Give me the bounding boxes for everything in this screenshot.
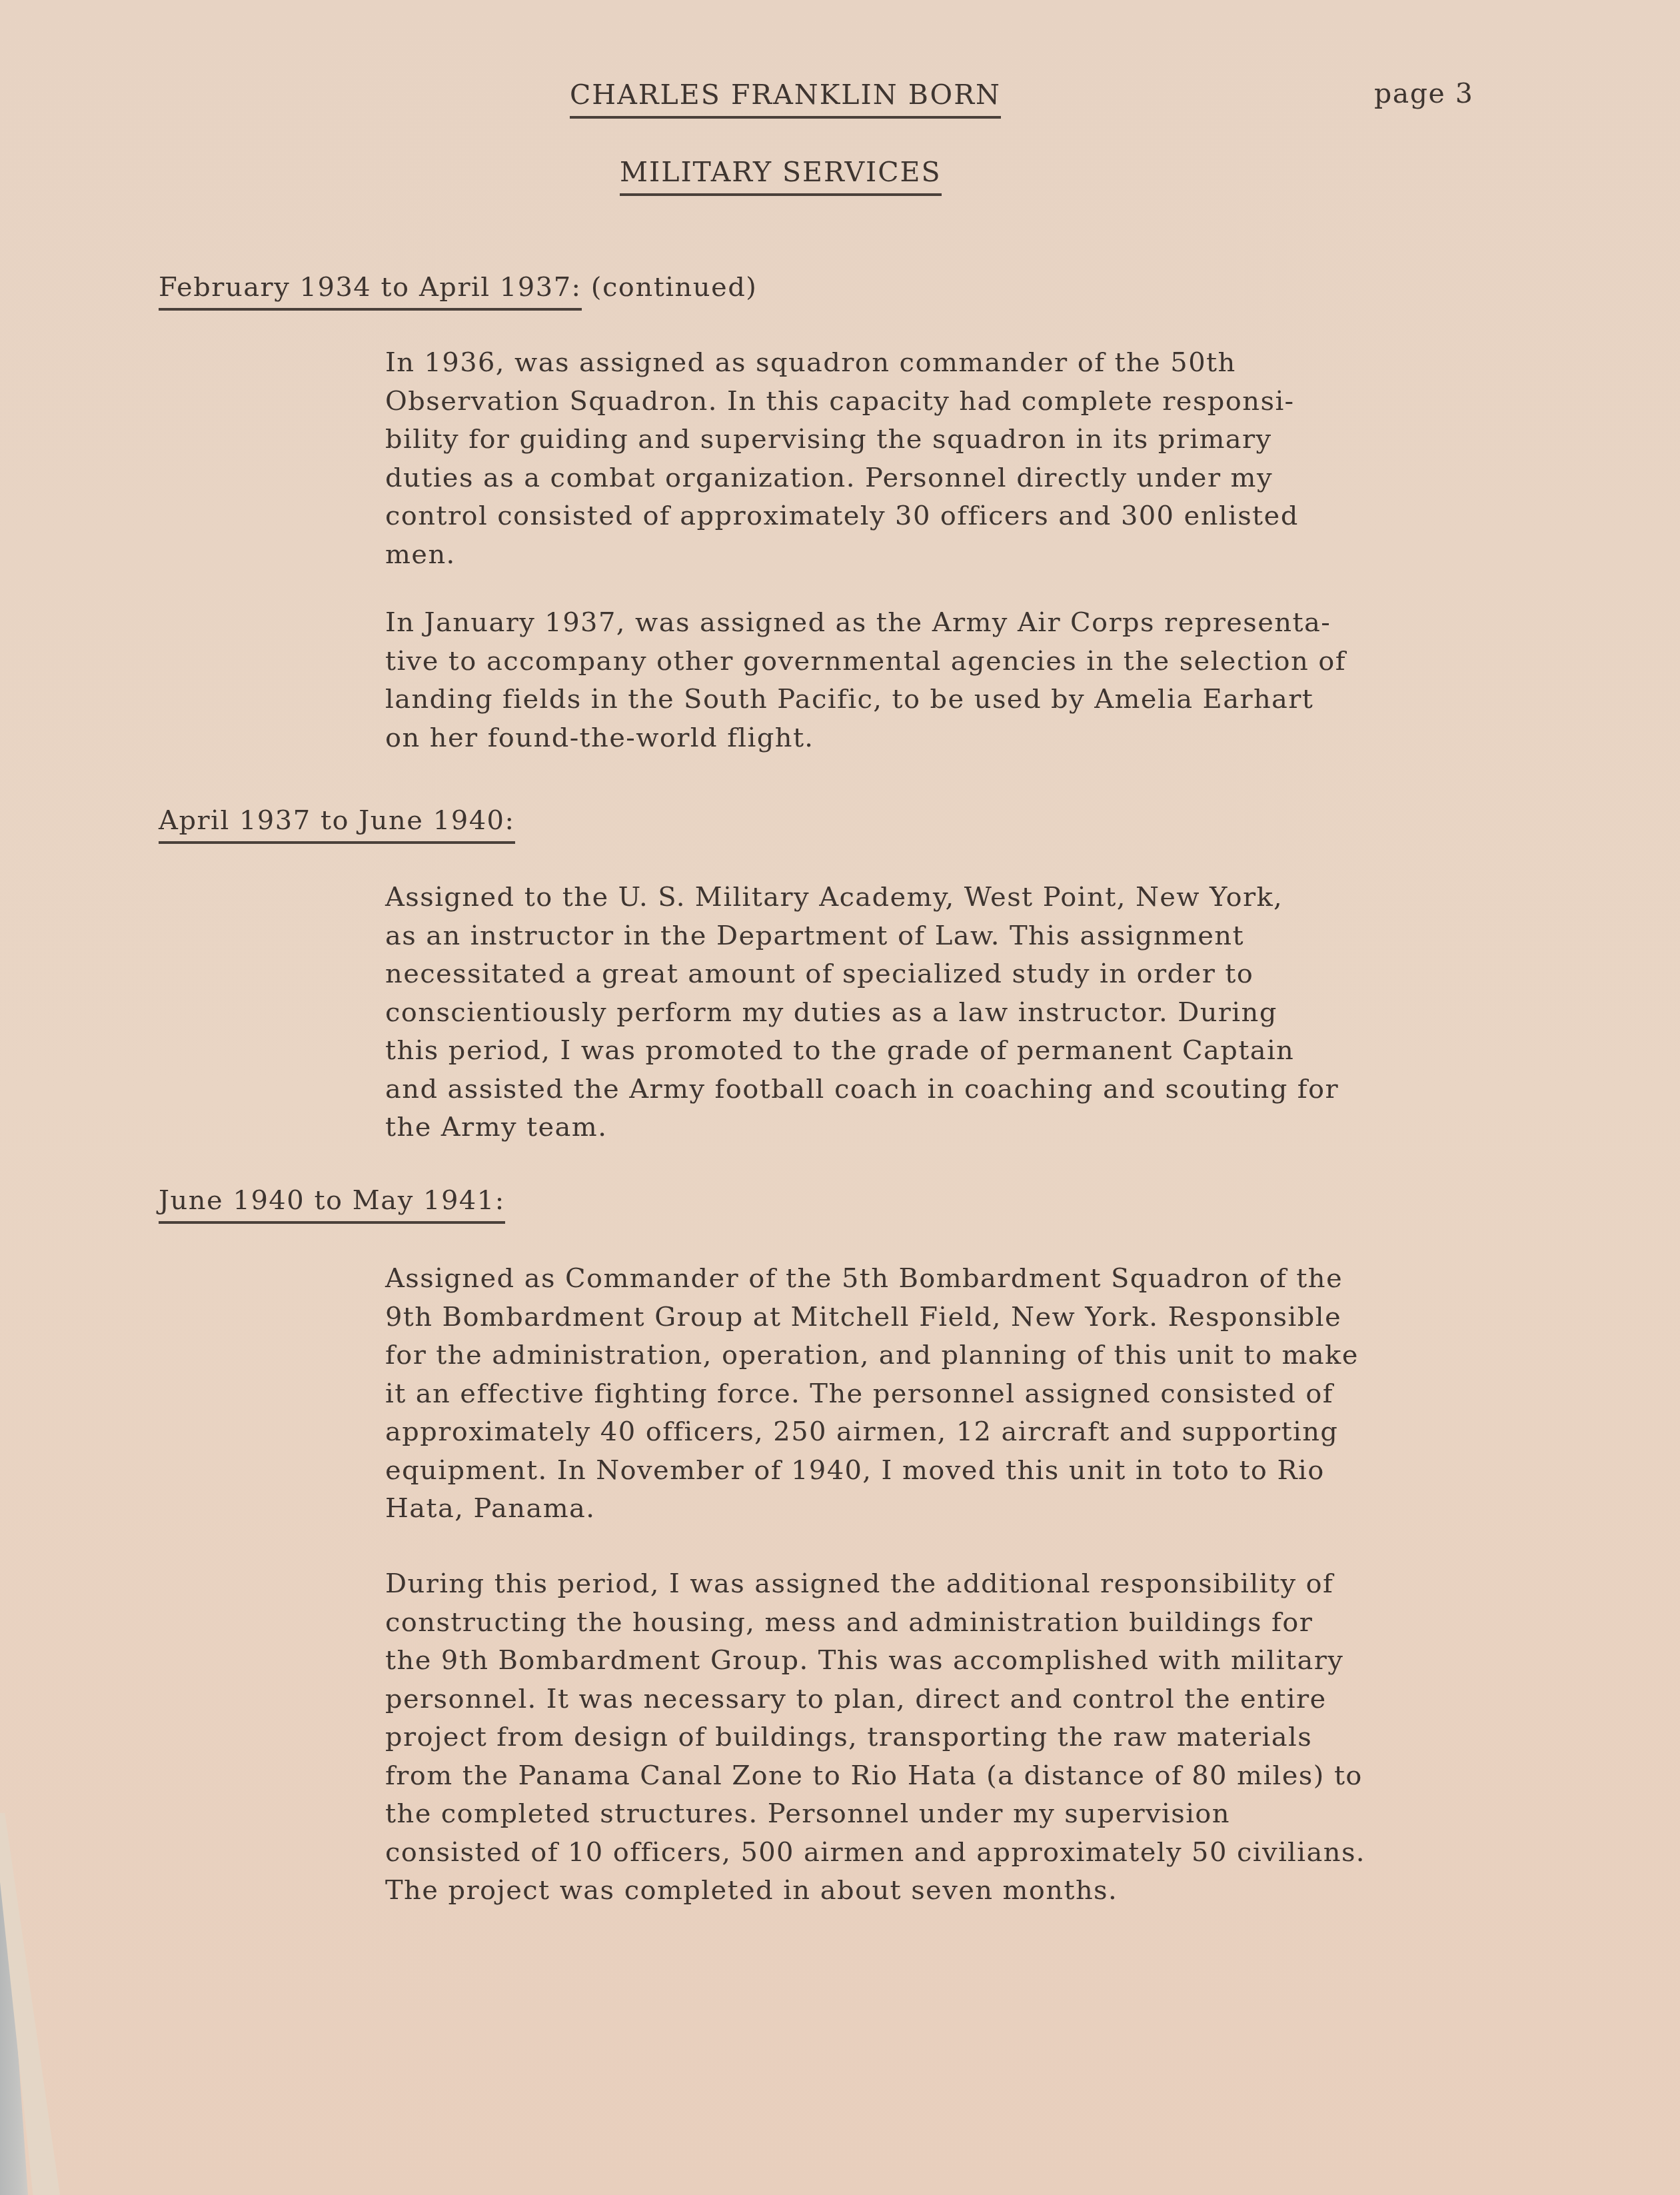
text-line: approximately 40 officers, 250 airmen, 1… bbox=[385, 1413, 1558, 1452]
text-line: landing fields in the South Pacific, to … bbox=[385, 681, 1558, 719]
text-line: for the administration, operation, and p… bbox=[385, 1336, 1558, 1375]
text-line: it an effective fighting force. The pers… bbox=[385, 1375, 1558, 1414]
section-date-range: June 1940 to May 1941: bbox=[159, 1185, 505, 1224]
text-line: the Army team. bbox=[385, 1108, 1558, 1147]
text-line: constructing the housing, mess and admin… bbox=[385, 1604, 1558, 1642]
paragraph-west-point: Assigned to the U. S. Military Academy, … bbox=[385, 879, 1558, 1147]
text-line: on her found-the-world flight. bbox=[385, 719, 1558, 758]
text-line: this period, I was promoted to the grade… bbox=[385, 1032, 1558, 1071]
text-line: In January 1937, was assigned as the Arm… bbox=[385, 604, 1558, 643]
section-date-range: April 1937 to June 1940: bbox=[159, 805, 515, 844]
text-line: men. bbox=[385, 536, 1558, 575]
text-line: During this period, I was assigned the a… bbox=[385, 1565, 1558, 1604]
text-line: from the Panama Canal Zone to Rio Hata (… bbox=[385, 1757, 1558, 1796]
paragraph-rio-hata-construction: During this period, I was assigned the a… bbox=[385, 1565, 1558, 1910]
text-line: In 1936, was assigned as squadron comman… bbox=[385, 344, 1558, 383]
paragraph-1937-earhart: In January 1937, was assigned as the Arm… bbox=[385, 604, 1558, 757]
text-line: and assisted the Army football coach in … bbox=[385, 1071, 1558, 1109]
text-line: necessitated a great amount of specializ… bbox=[385, 955, 1558, 994]
section-note: (continued) bbox=[591, 272, 758, 303]
text-line: the completed structures. Personnel unde… bbox=[385, 1795, 1558, 1834]
text-line: as an instructor in the Department of La… bbox=[385, 917, 1558, 956]
section-heading-1937-1940: April 1937 to June 1940: bbox=[159, 805, 515, 836]
section-date-range: February 1934 to April 1937: bbox=[159, 272, 582, 311]
text-line: Hata, Panama. bbox=[385, 1490, 1558, 1528]
paragraph-1936-squadron: In 1936, was assigned as squadron comman… bbox=[385, 344, 1558, 574]
page-title: MILITARY SERVICES bbox=[620, 156, 942, 196]
text-line: The project was completed in about seven… bbox=[385, 1872, 1558, 1910]
text-line: Assigned as Commander of the 5th Bombard… bbox=[385, 1260, 1558, 1298]
paragraph-5th-bombardment: Assigned as Commander of the 5th Bombard… bbox=[385, 1260, 1558, 1528]
text-line: duties as a combat organization. Personn… bbox=[385, 459, 1558, 498]
text-line: 9th Bombardment Group at Mitchell Field,… bbox=[385, 1298, 1558, 1337]
page-number: page 3 bbox=[1374, 77, 1473, 109]
text-line: conscientiously perform my duties as a l… bbox=[385, 994, 1558, 1033]
text-line: the 9th Bombardment Group. This was acco… bbox=[385, 1642, 1558, 1680]
text-line: tive to accompany other governmental age… bbox=[385, 643, 1558, 681]
text-line: consisted of 10 officers, 500 airmen and… bbox=[385, 1834, 1558, 1872]
document-page: CHARLES FRANKLIN BORN page 3 MILITARY SE… bbox=[0, 0, 1680, 2195]
text-line: equipment. In November of 1940, I moved … bbox=[385, 1452, 1558, 1490]
text-line: project from design of buildings, transp… bbox=[385, 1718, 1558, 1757]
text-line: Assigned to the U. S. Military Academy, … bbox=[385, 879, 1558, 917]
text-line: control consisted of approximately 30 of… bbox=[385, 497, 1558, 536]
document-header-name: CHARLES FRANKLIN BORN bbox=[570, 79, 1001, 119]
section-heading-1934-1937: February 1934 to April 1937: (continued) bbox=[159, 272, 757, 303]
text-line: bility for guiding and supervising the s… bbox=[385, 421, 1558, 459]
section-heading-1940-1941: June 1940 to May 1941: bbox=[159, 1185, 505, 1216]
text-line: Observation Squadron. In this capacity h… bbox=[385, 383, 1558, 421]
text-line: personnel. It was necessary to plan, dir… bbox=[385, 1680, 1558, 1719]
